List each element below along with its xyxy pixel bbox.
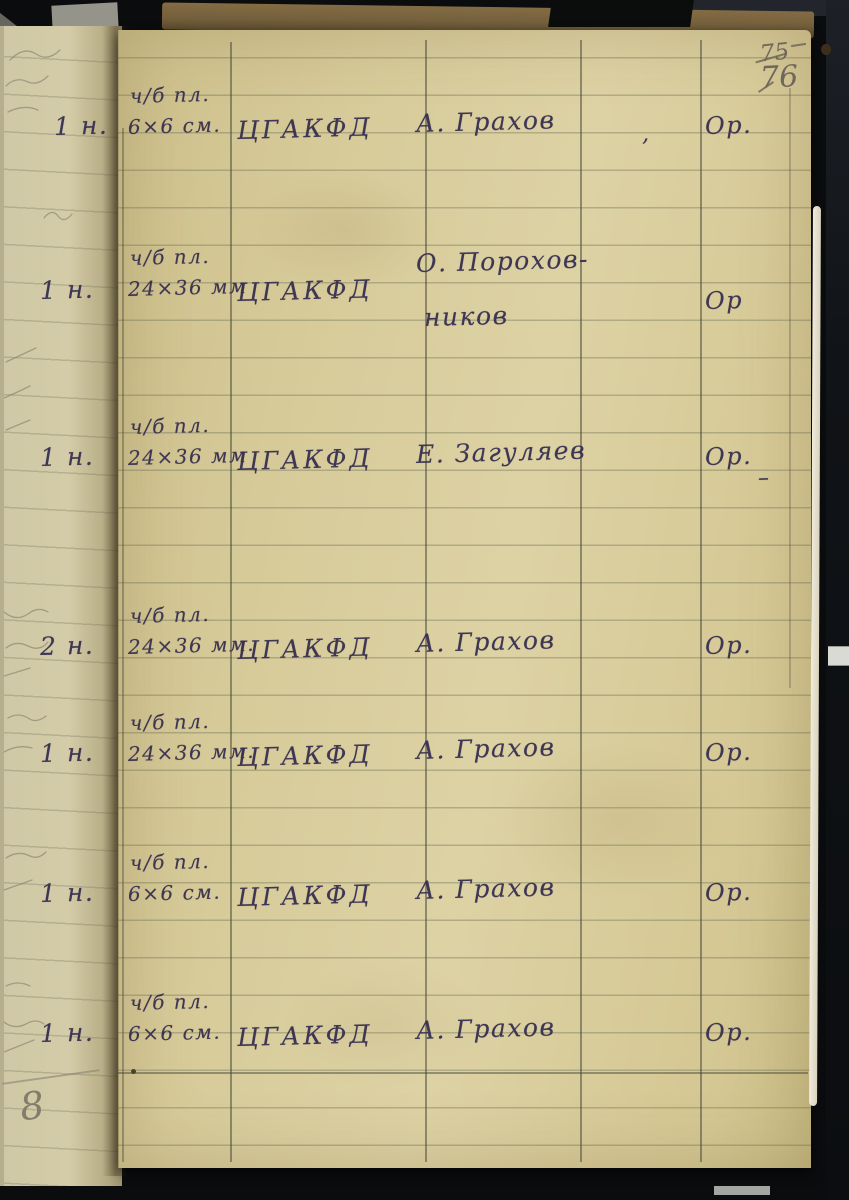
author-cell: Е. Загуляев <box>416 436 587 469</box>
author-cell: А. Грахов <box>416 105 556 138</box>
quantity-cell: 1 н. <box>40 275 95 305</box>
archival-scan: 75 76 1 н. ч/б пл. 6×6 см. ЦГАКФД А. Гра… <box>0 0 849 1200</box>
format-cell-line1: ч/б пл. <box>130 602 211 628</box>
format-cell-line1: ч/б пл. <box>130 989 211 1015</box>
table-row: 1 н. ч/б пл. 24×36 мм. ЦГАКФД А. Грахов … <box>0 713 849 793</box>
bottom-light-strip <box>714 1186 770 1195</box>
format-cell-line2: 24×36 мм <box>128 274 248 301</box>
cover-speck <box>821 44 831 55</box>
author-cell: О. Порохов- <box>416 244 590 278</box>
mark-cell: Ор. <box>705 878 753 907</box>
mark-cell: Ор. <box>705 738 753 767</box>
quantity-cell: 1 н. <box>40 738 95 768</box>
dash-mark: – <box>758 466 771 491</box>
table-column-line-right <box>789 88 791 688</box>
archive-cell: ЦГАКФД <box>237 274 373 307</box>
mark-cell: Ор <box>705 286 744 315</box>
mark-cell: Ор. <box>705 631 753 660</box>
comma-mark: , <box>642 122 651 147</box>
archive-cell: ЦГАКФД <box>237 112 373 145</box>
background-shadow-top <box>548 0 694 27</box>
archive-cell: ЦГАКФД <box>237 443 373 476</box>
author-cell: А. Грахов <box>416 872 556 905</box>
quantity-cell: 1 н. <box>54 111 109 141</box>
table-row: 1 н. ч/б пл. 6×6 см. ЦГАКФД А. Грахов Ор… <box>0 853 849 933</box>
quantity-cell: 1 н. <box>40 1018 95 1048</box>
mark-cell: Ор. <box>705 1018 753 1047</box>
quantity-cell: 2 н. <box>40 631 95 661</box>
archive-cell: ЦГАКФД <box>237 879 373 912</box>
archive-cell: ЦГАКФД <box>237 739 373 772</box>
margin-pencil-mark: 8 <box>17 1083 46 1130</box>
author-cell: А. Грахов <box>416 732 556 765</box>
author-cell: А. Грахов <box>416 625 556 658</box>
author-cell: А. Грахов <box>416 1012 556 1045</box>
format-cell-line2: 6×6 см. <box>128 1020 222 1046</box>
author-cell-line2: ников <box>424 301 509 332</box>
table-row: 1 н. ч/б пл. 6×6 см. ЦГАКФД А. Грахов , … <box>0 86 849 166</box>
format-cell-line2: 6×6 см. <box>128 113 222 139</box>
format-cell-line1: ч/б пл. <box>130 849 211 875</box>
mark-cell: Ор. <box>705 442 753 471</box>
table-row: 1 н. ч/б пл. 6×6 см. ЦГАКФД А. Грахов Ор… <box>0 993 849 1073</box>
archive-cell: ЦГАКФД <box>237 1019 373 1052</box>
archive-cell: ЦГАКФД <box>237 632 373 665</box>
quantity-cell: 1 н. <box>40 878 95 908</box>
format-cell-line1: ч/б пл. <box>130 244 211 270</box>
format-cell-line1: ч/б пл. <box>130 82 211 108</box>
format-cell-line1: ч/б пл. <box>130 413 211 439</box>
format-cell-line1: ч/б пл. <box>130 709 211 735</box>
format-cell-line2: 6×6 см. <box>128 880 222 906</box>
table-row: 2 н. ч/б пл. 24×36 мм. ЦГАКФД А. Грахов … <box>0 606 849 686</box>
table-row: 1 н. ч/б пл. 24×36 мм ЦГАКФД О. Порохов-… <box>0 248 849 328</box>
mark-cell: Ор. <box>705 111 753 140</box>
format-cell-line2: 24×36 мм <box>128 443 248 470</box>
quantity-cell: 1 н. <box>40 442 95 472</box>
table-row: 1 н. ч/б пл. 24×36 мм ЦГАКФД Е. Загуляев… <box>0 417 849 497</box>
